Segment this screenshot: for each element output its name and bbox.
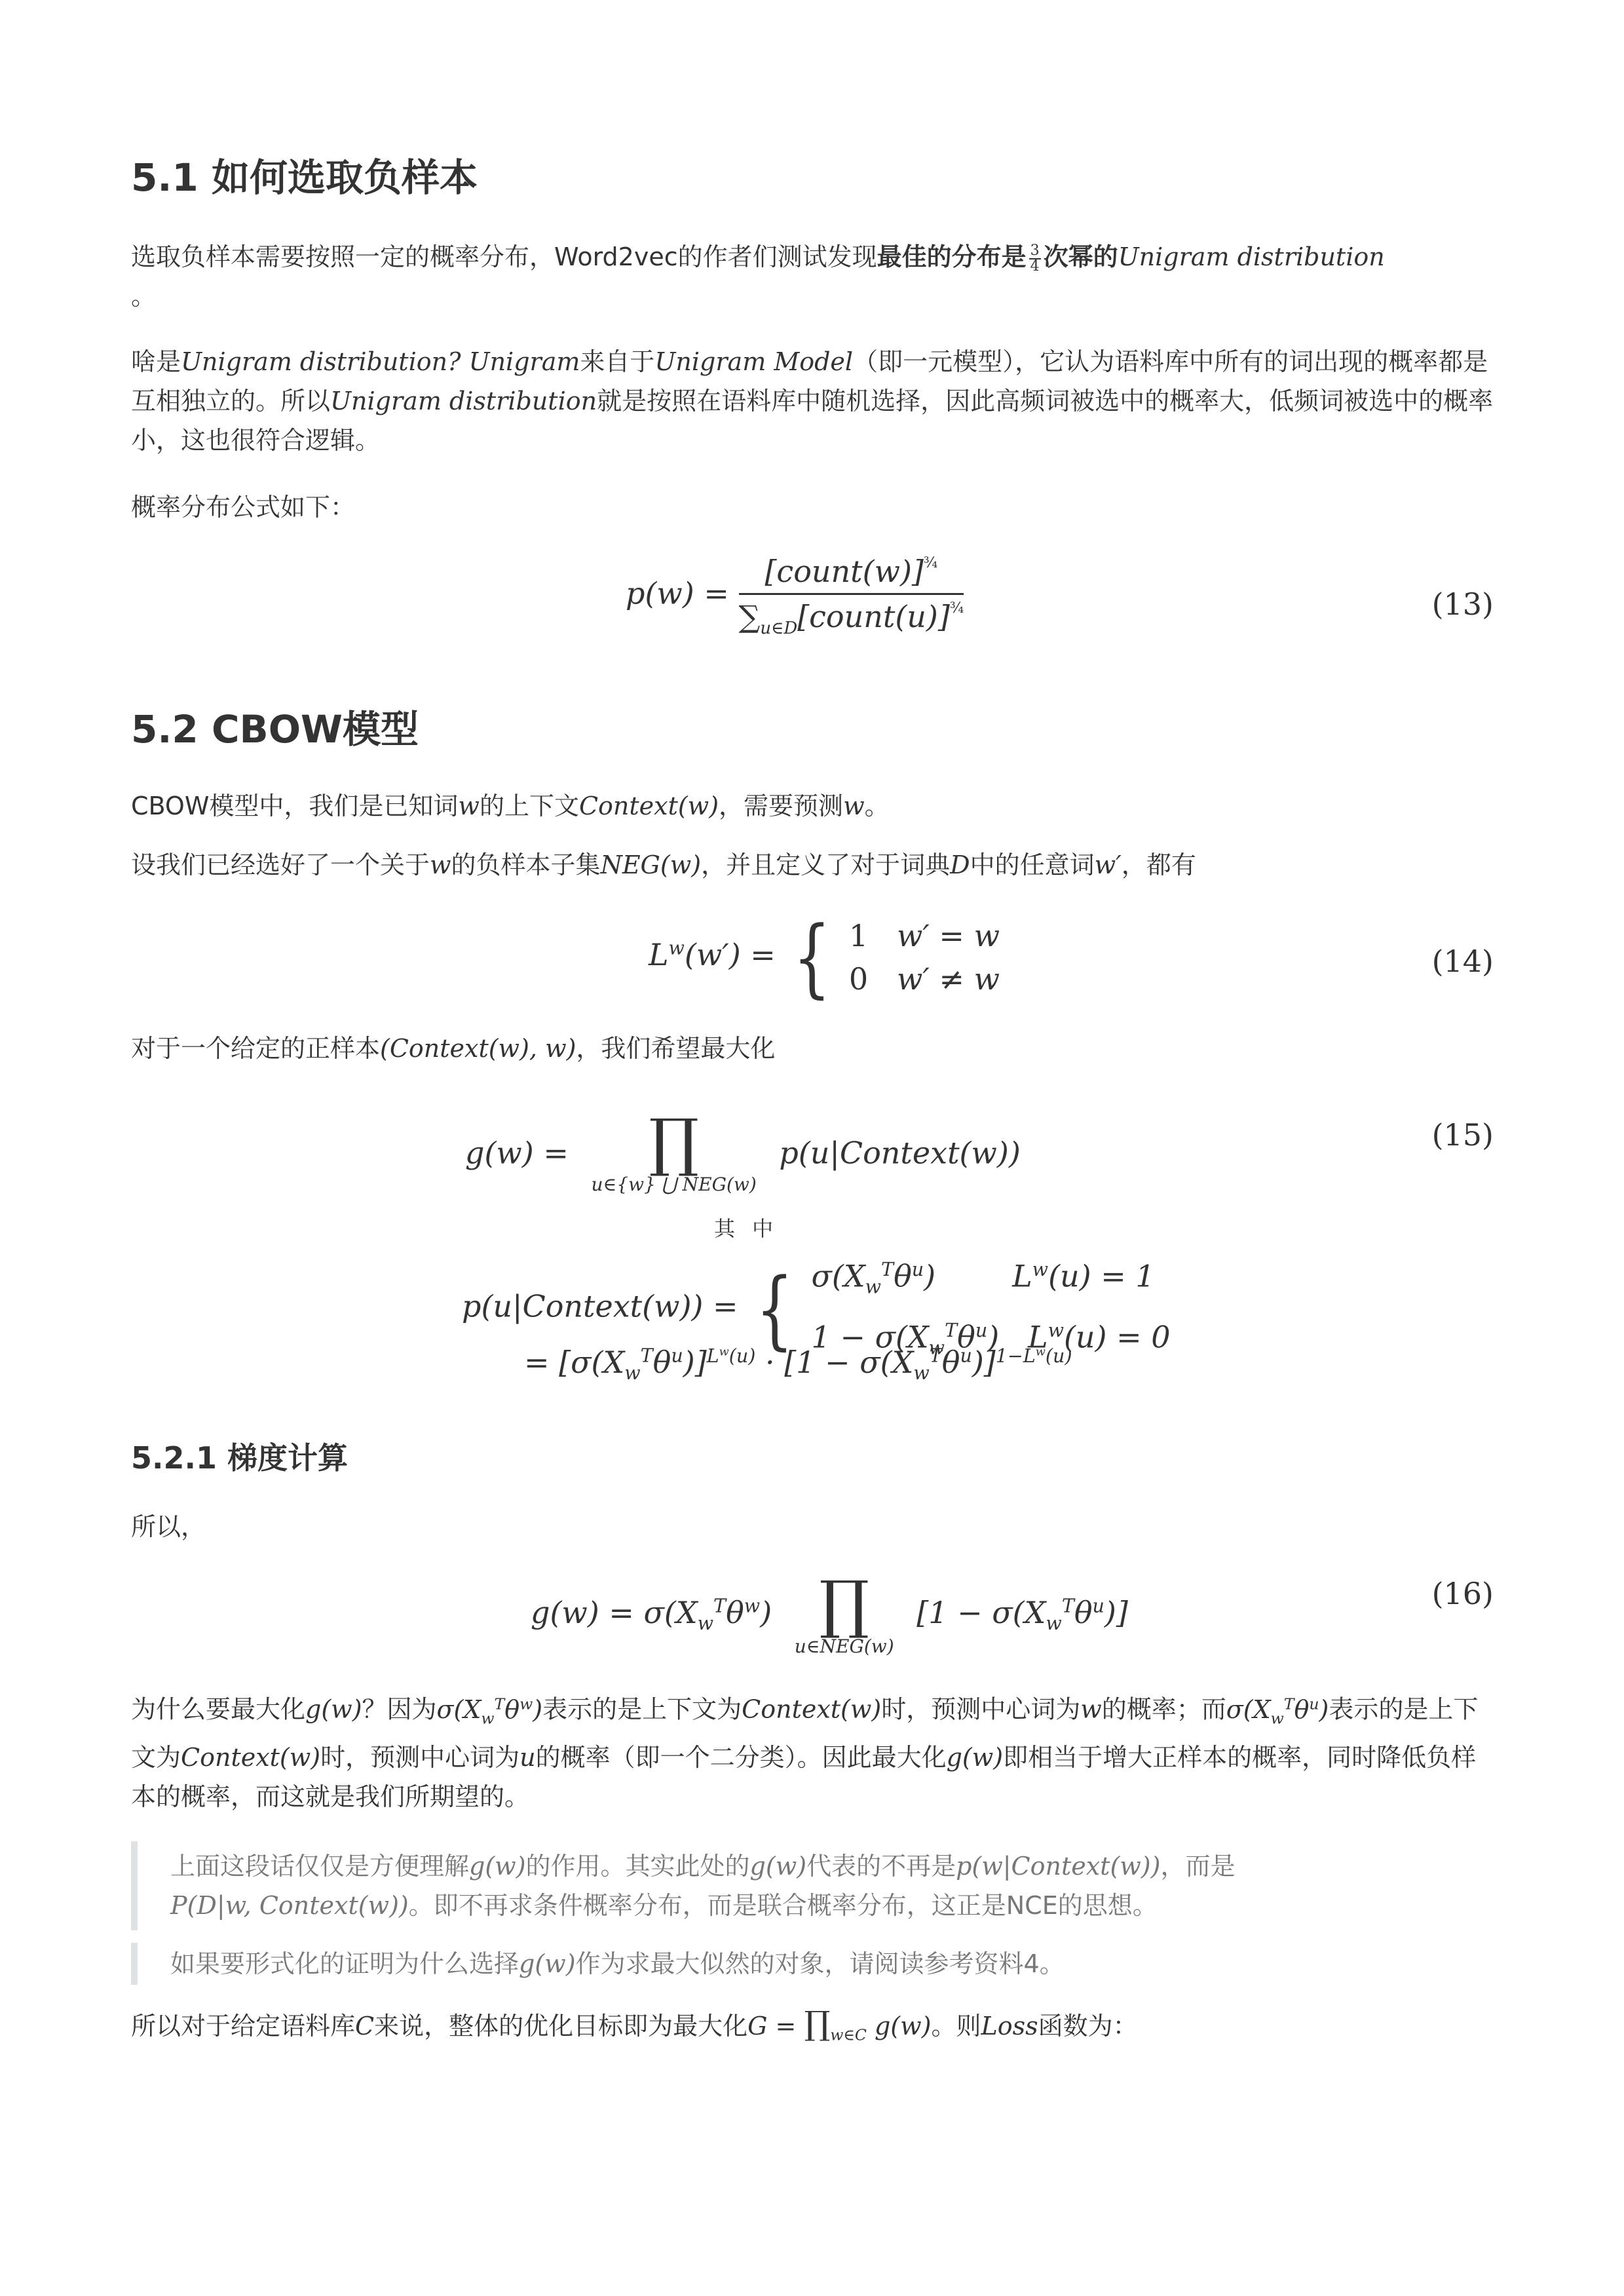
blockquote-note-nce: 上面这段话仅仅是方便理解g(w)的作用。其实此处的g(w)代表的不再是p(w|C…: [131, 1841, 1494, 1930]
bold-text: 最佳的分布是: [877, 242, 1027, 271]
equation-number: (13): [1432, 586, 1494, 622]
paragraph-loss-intro: 所以对于给定语料库C来说，整体的优化目标即为最大化G = ∏w∈C g(w)。则…: [131, 2004, 1138, 2055]
quote-text: 如果要形式化的证明为什么选择g(w)作为求最大似然的对象，请阅读参考资料4。: [170, 1943, 1494, 1985]
math-inline: Unigram distribution: [1118, 242, 1385, 271]
section-heading-5-1: 5.1 如何选取负样本: [131, 155, 478, 201]
equation-number: (16): [1432, 1576, 1494, 1611]
paragraph-cbow-intro: CBOW模型中，我们是已知词w的上下文Context(w)，需要预测w。: [131, 786, 890, 826]
fraction-three-quarters: 34: [1029, 244, 1041, 274]
section-heading-5-2: 5.2 CBOW模型: [131, 706, 419, 752]
where-label: 其 中: [714, 1212, 778, 1242]
paragraph-neg-subset: 设我们已经选好了一个关于w的负样本子集NEG(w)，并且定义了对于词典D中的任意…: [131, 845, 1196, 885]
paragraph-why-maximize: 为什么要最大化g(w)？因为σ(XwTθw)表示的是上下文为Context(w)…: [131, 1684, 1494, 1816]
quote-text: 上面这段话仅仅是方便理解g(w)的作用。其实此处的g(w)代表的不再是p(w|C…: [170, 1841, 1494, 1930]
equation-15-combined: = [σ(XwTθu)]Lw(u) · [1 − σ(XwTθu)]1−Lw(u…: [524, 1345, 1072, 1384]
blockquote-note-reference: 如果要形式化的证明为什么选择g(w)作为求最大似然的对象，请阅读参考资料4。: [131, 1943, 1494, 1985]
paragraph-unigram-explanation: 啥是Unigram distribution? Unigram来自于Unigra…: [131, 342, 1494, 460]
paragraph-positive-sample: 对于一个给定的正样本(Context(w), w)，我们希望最大化: [131, 1029, 775, 1068]
equation-14: Lw(w′) = { 1 w′ = w 0 w′ ≠ w: [649, 914, 1000, 1001]
section-heading-5-2-1: 5.2.1 梯度计算: [131, 1438, 348, 1478]
paragraph-formula-intro: 概率分布公式如下：: [131, 488, 355, 527]
equation-13: p(w) = [count(w)]¾ ∑u∈D[count(u)]¾: [626, 554, 964, 638]
paragraph-therefore: 所以，: [131, 1507, 206, 1546]
equation-number: (15): [1432, 1117, 1494, 1153]
equation-15: g(w) = ∏ u∈{w} ⋃ NEG(w) p(u|Context(w)): [465, 1111, 1021, 1195]
equation-16: g(w) = σ(XwTθw) ∏ u∈NEG(w) [1 − σ(XwTθu)…: [531, 1573, 1128, 1657]
equation-number: (14): [1432, 944, 1494, 979]
paragraph-negative-sampling-intro: 选取负样本需要按照一定的概率分布，Word2vec的作者们测试发现最佳的分布是3…: [131, 237, 1494, 316]
